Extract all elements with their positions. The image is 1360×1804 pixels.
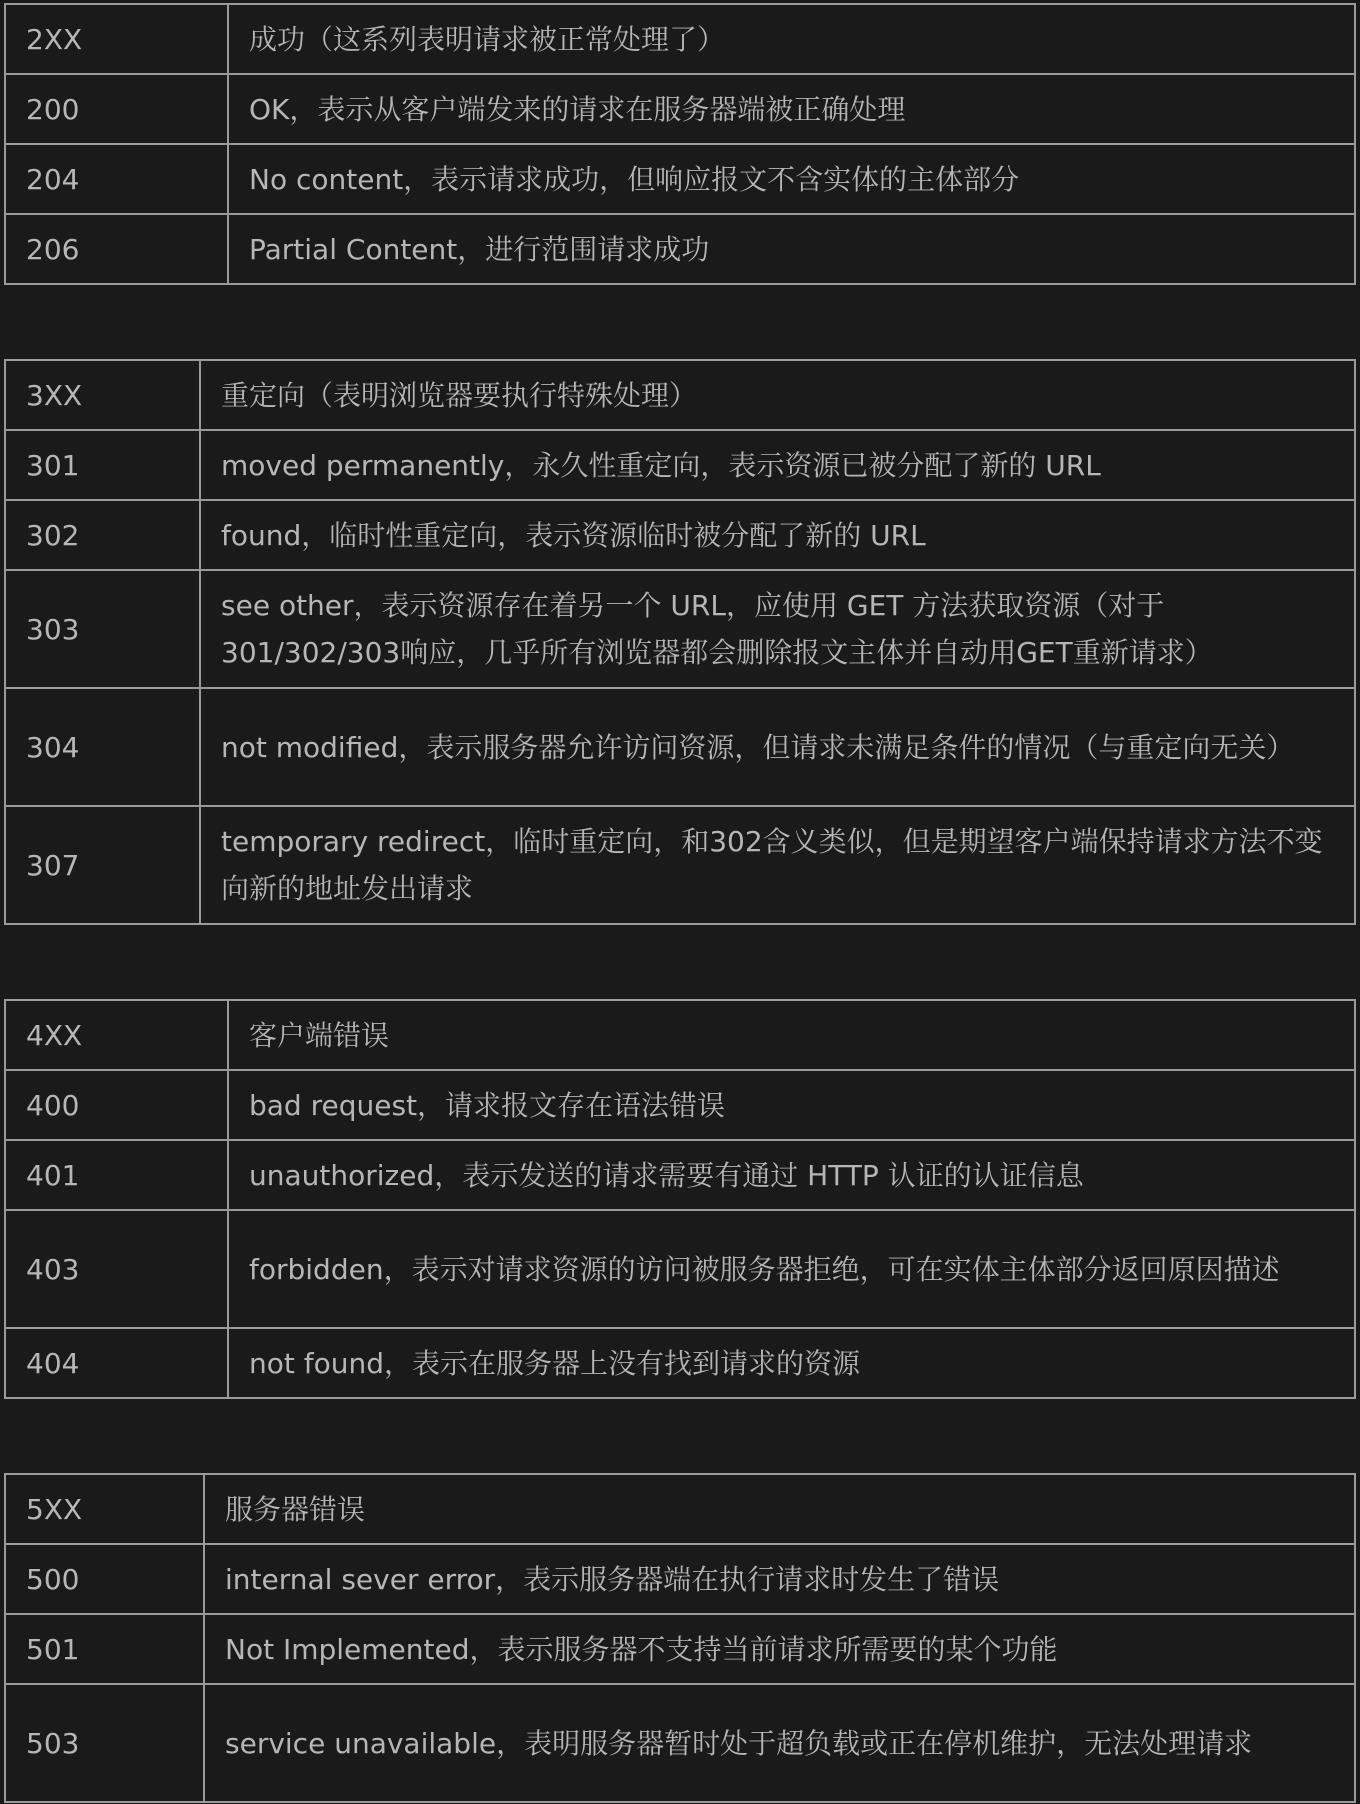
status-code-cell: 403 xyxy=(5,1210,228,1328)
status-desc-cell: 客户端错误 xyxy=(228,1000,1355,1070)
table-row: 204 No content，表示请求成功，但响应报文不含实体的主体部分 xyxy=(5,144,1355,214)
table-row: 5XX 服务器错误 xyxy=(5,1474,1355,1544)
status-code-cell: 500 xyxy=(5,1544,204,1614)
table-row: 307 temporary redirect，临时重定向，和302含义类似，但是… xyxy=(5,806,1355,924)
status-code-cell: 501 xyxy=(5,1614,204,1684)
table-row: 501 Not Implemented，表示服务器不支持当前请求所需要的某个功能 xyxy=(5,1614,1355,1684)
status-code-cell: 503 xyxy=(5,1684,204,1802)
status-code-cell: 304 xyxy=(5,688,200,806)
status-desc-cell: temporary redirect，临时重定向，和302含义类似，但是期望客户… xyxy=(200,806,1355,924)
status-code-cell: 400 xyxy=(5,1070,228,1140)
status-code-cell: 4XX xyxy=(5,1000,228,1070)
status-code-cell: 303 xyxy=(5,570,200,688)
status-desc-cell: moved permanently，永久性重定向，表示资源已被分配了新的 URL xyxy=(200,430,1355,500)
status-desc-cell: see other，表示资源存在着另一个 URL，应使用 GET 方法获取资源（… xyxy=(200,570,1355,688)
table-row: 302 found，临时性重定向，表示资源临时被分配了新的 URL xyxy=(5,500,1355,570)
table-row: 2XX 成功（这系列表明请求被正常处理了） xyxy=(5,4,1355,74)
table-row: 301 moved permanently，永久性重定向，表示资源已被分配了新的… xyxy=(5,430,1355,500)
status-code-cell: 200 xyxy=(5,74,228,144)
status-desc-cell: found，临时性重定向，表示资源临时被分配了新的 URL xyxy=(200,500,1355,570)
status-desc-cell: service unavailable，表明服务器暂时处于超负载或正在停机维护，… xyxy=(204,1684,1355,1802)
table-row: 503 service unavailable，表明服务器暂时处于超负载或正在停… xyxy=(5,1684,1355,1802)
status-code-cell: 401 xyxy=(5,1140,228,1210)
status-desc-cell: bad request，请求报文存在语法错误 xyxy=(228,1070,1355,1140)
status-desc-cell: 服务器错误 xyxy=(204,1474,1355,1544)
table-row: 400 bad request，请求报文存在语法错误 xyxy=(5,1070,1355,1140)
table-row: 4XX 客户端错误 xyxy=(5,1000,1355,1070)
status-desc-cell: forbidden，表示对请求资源的访问被服务器拒绝，可在实体主体部分返回原因描… xyxy=(228,1210,1355,1328)
table-row: 403 forbidden，表示对请求资源的访问被服务器拒绝，可在实体主体部分返… xyxy=(5,1210,1355,1328)
status-desc-cell: internal sever error，表示服务器端在执行请求时发生了错误 xyxy=(204,1544,1355,1614)
table-row: 304 not modified，表示服务器允许访问资源，但请求未满足条件的情况… xyxy=(5,688,1355,806)
status-table-5xx: 5XX 服务器错误 500 internal sever error，表示服务器… xyxy=(4,1473,1356,1803)
table-row: 3XX 重定向（表明浏览器要执行特殊处理） xyxy=(5,360,1355,430)
status-table-2xx: 2XX 成功（这系列表明请求被正常处理了） 200 OK，表示从客户端发来的请求… xyxy=(4,3,1356,285)
status-table-4xx: 4XX 客户端错误 400 bad request，请求报文存在语法错误 401… xyxy=(4,999,1356,1399)
table-row: 500 internal sever error，表示服务器端在执行请求时发生了… xyxy=(5,1544,1355,1614)
status-code-cell: 5XX xyxy=(5,1474,204,1544)
status-desc-cell: not found，表示在服务器上没有找到请求的资源 xyxy=(228,1328,1355,1398)
status-desc-cell: unauthorized，表示发送的请求需要有通过 HTTP 认证的认证信息 xyxy=(228,1140,1355,1210)
table-row: 303 see other，表示资源存在着另一个 URL，应使用 GET 方法获… xyxy=(5,570,1355,688)
table-row: 200 OK，表示从客户端发来的请求在服务器端被正确处理 xyxy=(5,74,1355,144)
status-desc-cell: 成功（这系列表明请求被正常处理了） xyxy=(228,4,1355,74)
status-desc-cell: Partial Content，进行范围请求成功 xyxy=(228,214,1355,284)
table-row: 206 Partial Content，进行范围请求成功 xyxy=(5,214,1355,284)
status-desc-cell: not modified，表示服务器允许访问资源，但请求未满足条件的情况（与重定… xyxy=(200,688,1355,806)
status-code-cell: 2XX xyxy=(5,4,228,74)
table-row: 404 not found，表示在服务器上没有找到请求的资源 xyxy=(5,1328,1355,1398)
table-row: 401 unauthorized，表示发送的请求需要有通过 HTTP 认证的认证… xyxy=(5,1140,1355,1210)
status-code-cell: 307 xyxy=(5,806,200,924)
status-desc-cell: Not Implemented，表示服务器不支持当前请求所需要的某个功能 xyxy=(204,1614,1355,1684)
status-desc-cell: OK，表示从客户端发来的请求在服务器端被正确处理 xyxy=(228,74,1355,144)
status-desc-cell: 重定向（表明浏览器要执行特殊处理） xyxy=(200,360,1355,430)
status-code-cell: 206 xyxy=(5,214,228,284)
status-desc-cell: No content，表示请求成功，但响应报文不含实体的主体部分 xyxy=(228,144,1355,214)
status-code-cell: 404 xyxy=(5,1328,228,1398)
status-code-cell: 302 xyxy=(5,500,200,570)
status-code-cell: 301 xyxy=(5,430,200,500)
status-code-cell: 3XX xyxy=(5,360,200,430)
status-table-3xx: 3XX 重定向（表明浏览器要执行特殊处理） 301 moved permanen… xyxy=(4,359,1356,925)
status-code-cell: 204 xyxy=(5,144,228,214)
